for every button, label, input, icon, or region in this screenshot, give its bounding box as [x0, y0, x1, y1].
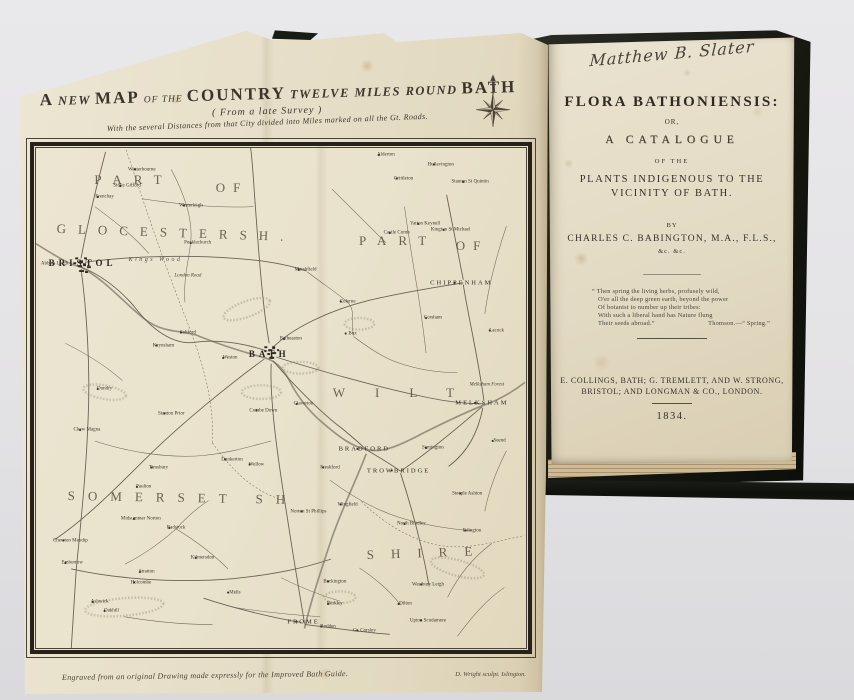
author-name: CHARLES C. BABINGTON, M.A., F.L.S.,	[546, 234, 798, 244]
book-title: FLORA BATHONIENSIS:	[546, 94, 798, 111]
map-title-word: OF THE	[144, 94, 183, 105]
or-label: OR,	[546, 118, 798, 126]
quote-line: With such a liberal hand has Nature flun…	[592, 312, 770, 320]
map-label: FROME	[287, 618, 319, 625]
map-label: Stanton St Quintin	[452, 180, 489, 185]
map-label: Colerne	[340, 299, 356, 304]
map-label: Westbury Leigh	[412, 582, 444, 587]
foldout-map-sheet: A NEW MAP OF THE COUNTRY TWELVE MILES RO…	[16, 26, 548, 694]
map-label: Lacock	[489, 328, 504, 333]
of-the-label: OF THE	[546, 158, 798, 165]
map-title-word: NEW	[58, 93, 91, 108]
map-label: Emborrow	[62, 561, 83, 566]
map-title-word: TWELVE MILES ROUND	[290, 83, 458, 102]
map-label: Norton St Phillips	[290, 509, 326, 514]
map-canvas: PARTOFGLOCESTERSH.PARTOFWILTSOMERSET SHS…	[36, 148, 526, 648]
map-label: Holcombe	[130, 580, 151, 585]
map-label: Chewton Mendip	[53, 538, 88, 543]
map-label: Upton Scudamore	[410, 618, 446, 623]
divider-rule	[652, 403, 692, 404]
compass-rose-icon	[464, 72, 522, 138]
catalogue-heading: A CATALOGUE	[546, 134, 798, 146]
divider-rule	[637, 338, 707, 339]
map-label: Westerleigh	[179, 203, 203, 208]
map-label: GLOCESTERSH.	[56, 221, 295, 245]
map-label: Midsummer Norton	[121, 517, 161, 522]
map-label: Freshford	[320, 465, 339, 470]
map-label: London Road	[174, 273, 201, 278]
map-caption-engraver: Engraved from an original Drawing made e…	[62, 669, 348, 682]
map-label: Keynsham	[153, 343, 174, 348]
map-label: Stanton Prior	[158, 411, 185, 416]
map-label: Saltford	[180, 330, 196, 335]
map-label: Beckington	[323, 579, 346, 584]
map-label: Stratton	[139, 570, 155, 575]
publication-year: 1834.	[546, 411, 798, 422]
map-label: North Bradley	[397, 522, 426, 527]
map-label: Edington	[463, 528, 481, 533]
map-label: Wellow	[249, 462, 264, 467]
map-label: Gt. Corsley	[353, 628, 376, 633]
map-label: Semington	[422, 446, 444, 451]
publisher-line-2: BRISTOL; AND LONGMAN & CO., LONDON.	[546, 387, 798, 396]
map-label: Alderton	[377, 153, 395, 158]
map-neatline-frame: PARTOFGLOCESTERSH.PARTOFWILTSOMERSET SHS…	[30, 142, 532, 654]
map-label: Kings Wood	[129, 257, 183, 263]
map-label: TROWBRIDGE	[367, 467, 430, 474]
map-label: Hullavington	[428, 162, 454, 167]
map-label: Marshfield	[295, 268, 317, 273]
quote-line-end: Their seeds abroad.”	[598, 320, 655, 328]
map-label: Steeple Ashton	[452, 491, 482, 496]
map-label: Rodden	[320, 624, 336, 629]
by-label: BY	[546, 222, 798, 229]
map-label: Dilton	[399, 602, 412, 607]
map-labels: PARTOFGLOCESTERSH.PARTOFWILTSOMERSET SHS…	[36, 148, 526, 648]
map-label: Weston	[223, 356, 238, 361]
photo-of-open-book: Matthew B. Slater FLORA BATHONIENSIS: OR…	[0, 0, 854, 700]
map-label: Dunkerton	[221, 457, 242, 462]
map-label: Claverton	[294, 402, 314, 407]
divider-rule	[643, 274, 701, 275]
map-title: A NEW MAP OF THE COUNTRY TWELVE MILES RO…	[39, 78, 494, 134]
map-label: BRADFORD	[339, 446, 390, 453]
map-title-word: MAP	[95, 88, 140, 108]
map-label: Seend	[493, 439, 505, 444]
map-label: Ashwick	[91, 600, 109, 605]
map-label: Paulton	[136, 485, 151, 490]
quote-line: Of botanist to number up their tribes:	[592, 304, 770, 312]
map-label: Oakhill	[104, 609, 119, 614]
map-label: Chew Magna	[74, 428, 101, 433]
map-label: Berkley	[327, 602, 343, 607]
map-label: Stoke Gifford	[113, 184, 141, 189]
map-label: Combe Down	[249, 408, 277, 413]
map-label: Dundry	[97, 387, 112, 392]
publisher-line-1: E. COLLINGS, BATH; G. TREMLETT, AND W. S…	[546, 376, 798, 385]
map-title-word: A	[39, 90, 54, 109]
map-label: Wingfield	[338, 502, 358, 507]
map-label: SOMERSET SH	[68, 488, 299, 508]
quote-attribution: Thomson.—“ Spring.”	[708, 320, 770, 328]
map-caption-sculptor: D. Wright sculpt. Islington.	[455, 671, 526, 678]
map-label: Mells	[229, 590, 240, 595]
map-label: Kilmersdon	[191, 556, 215, 561]
title-page: Matthew B. Slater FLORA BATHONIENSIS: OR…	[546, 34, 798, 466]
map-label: Castle Comb	[384, 231, 410, 236]
map-label: Radstock	[167, 526, 186, 531]
map-label: Pucklechurch	[184, 241, 211, 246]
map-label: Melksham Forest	[469, 382, 504, 387]
map-label: Winterbourne	[128, 167, 156, 172]
map-label: OF	[456, 238, 489, 254]
epigraph-quote: “ Then spring the living herbs, profusel…	[592, 288, 770, 328]
map-label: OF	[216, 180, 249, 196]
etc-label: &c. &c.	[546, 248, 798, 255]
map-label: CHIPPENHAM	[430, 280, 492, 287]
map-label: Grittleton	[394, 176, 413, 181]
quote-line: O'er all the deep green earth, beyond th…	[592, 296, 770, 304]
map-label: Frenchay	[95, 195, 114, 200]
quote-last-line: Their seeds abroad.” Thomson.—“ Spring.”	[592, 320, 770, 328]
map-label: Box	[348, 331, 356, 336]
quote-line: “ Then spring the living herbs, profusel…	[592, 288, 770, 296]
map-label: Corsham	[424, 316, 442, 321]
book-cover-top-edge	[272, 28, 320, 40]
map-label: BATH	[249, 349, 290, 359]
map-label: MELKSHAM	[455, 400, 508, 407]
map-label: Kington St Michael	[431, 228, 470, 233]
map-title-word: COUNTRY	[186, 83, 286, 105]
subject-line-1: PLANTS INDIGENOUS TO THE	[546, 174, 798, 185]
subject-line-2: VICINITY OF BATH.	[546, 188, 798, 199]
map-label: SHIRE	[366, 543, 489, 563]
map-label: Yatton Keynell	[410, 222, 440, 227]
map-label: Batheaston	[280, 337, 302, 342]
map-label: Timsbury	[149, 465, 168, 470]
map-label: Abbots Leigh	[41, 262, 68, 267]
